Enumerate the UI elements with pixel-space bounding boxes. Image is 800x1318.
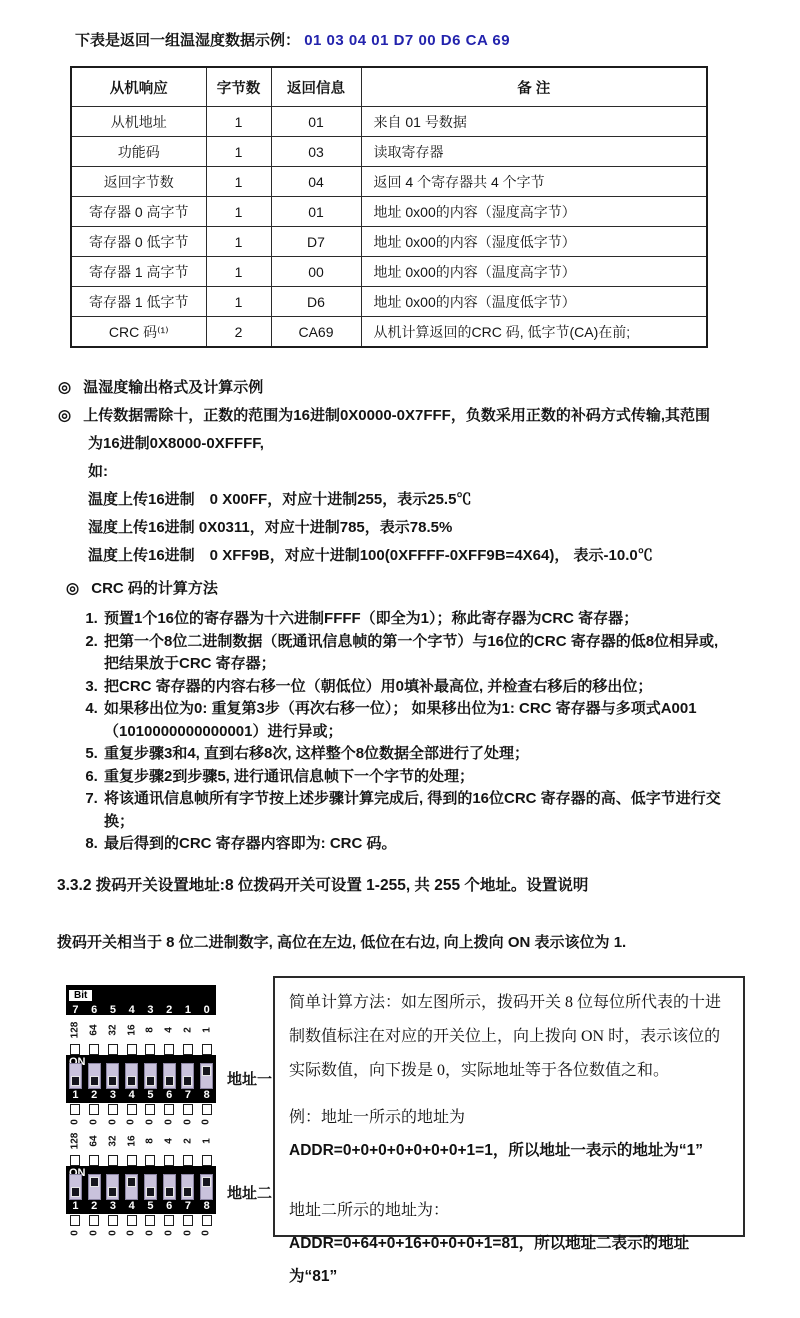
table-row: 寄存器 1 高字节100地址 0x00的内容（温度高字节） (71, 257, 707, 287)
switch-tab (89, 1155, 99, 1166)
bit-number: 6 (85, 1003, 104, 1017)
table-row: 功能码103读取寄存器 (71, 137, 707, 167)
value-cell: 1 (197, 1128, 216, 1154)
tab-cell (179, 1154, 198, 1166)
switch-number: 8 (204, 1089, 210, 1102)
table-cell: 寄存器 1 低字节 (71, 287, 206, 317)
tab-cell (66, 1043, 85, 1055)
value-cell: 2 (179, 1128, 198, 1154)
value-cell: 2 (179, 1017, 198, 1043)
value-label: 1 (201, 1027, 212, 1033)
table-cell: 1 (206, 167, 271, 197)
example2-formula: ADDR=0+64+0+16+0+0+0+1=81，所以地址二表示的地址为“81… (289, 1227, 731, 1293)
switch-number: 5 (147, 1089, 153, 1102)
tab-cell (104, 1043, 123, 1055)
switch-slot (69, 1174, 82, 1200)
table-cell: 返回 4 个寄存器共 4 个字节 (361, 167, 707, 197)
switch-tab (183, 1155, 193, 1166)
switch-knob (183, 1187, 192, 1197)
value-label: 4 (164, 1138, 175, 1144)
value-row: 1286432168421 (66, 1128, 216, 1154)
switch-tab (145, 1155, 155, 1166)
zero-label: 0 (162, 1224, 176, 1243)
format-bullet-2: ◎ 上传数据需除十，正数的范围为16进制0X0000-0X7FFF，负数采用正数… (58, 402, 758, 430)
example1-title: 例：地址一所示的地址为 (289, 1101, 731, 1134)
address-two-label: 地址二 (227, 1182, 272, 1203)
switch-knob (127, 1076, 136, 1086)
bit-number: 3 (141, 1003, 160, 1017)
switch-number: 5 (147, 1200, 153, 1213)
table-cell: 地址 0x00的内容（湿度低字节） (361, 227, 707, 257)
crc-step: 预置1个16位的寄存器为十六进制FFFF（即全为1）；称此寄存器为CRC 寄存器… (102, 608, 730, 631)
table-cell: 寄存器 0 高字节 (71, 197, 206, 227)
tab-row (66, 1043, 216, 1055)
switch-number: 2 (91, 1089, 97, 1102)
value-label: 4 (164, 1027, 175, 1033)
table-cell: D7 (271, 227, 361, 257)
format-section: ◎ 温湿度输出格式及计算示例 ◎ 上传数据需除十，正数的范围为16进制0X000… (58, 374, 758, 570)
value-label: 32 (107, 1024, 118, 1035)
format-bullet-1: ◎ 温湿度输出格式及计算示例 (58, 374, 758, 402)
table-cell: 01 (271, 197, 361, 227)
switch-number: 2 (91, 1200, 97, 1213)
table-header: 返回信息 (271, 67, 361, 107)
switch-tab (145, 1044, 155, 1055)
switch-slot (200, 1174, 213, 1200)
format-example: 湿度上传16进制 0X0311，对应十进制785，表示78.5% (88, 514, 758, 542)
switch-tab (202, 1155, 212, 1166)
section-332-heading: 3.3.2 拨码开关设置地址:8 位拨码开关可设置 1-255, 共 255 个… (57, 873, 588, 895)
value-label: 2 (182, 1027, 193, 1033)
switch-slot (125, 1063, 138, 1089)
switch-number: 6 (166, 1200, 172, 1213)
tab-cell (122, 1043, 141, 1055)
value-label: 8 (145, 1027, 156, 1033)
switch-slot (200, 1063, 213, 1089)
info-box: 简单计算方法：如左图所示，拨码开关 8 位每位所代表的十进制数值标注在对应的开关… (273, 976, 745, 1237)
switch-knob (108, 1076, 117, 1086)
tab-cell (197, 1154, 216, 1166)
response-table-body: 从机地址101来自 01 号数据功能码103读取寄存器返回字节数104返回 4 … (71, 107, 707, 348)
switch-number: 4 (129, 1089, 135, 1102)
switch-column: 6 (160, 1063, 179, 1103)
switch-knob (71, 1076, 80, 1086)
table-cell: 1 (206, 257, 271, 287)
switch-slot (106, 1063, 119, 1089)
switch-knob (165, 1076, 174, 1086)
zero-label: 0 (125, 1224, 139, 1243)
bit-numbers: 76543210 (66, 1003, 216, 1017)
switch-slot (88, 1174, 101, 1200)
hex-string: 01 03 04 01 D7 00 D6 CA 69 (304, 32, 510, 49)
circle-bullet-icon: ◎ (58, 374, 71, 402)
switch-knob (71, 1187, 80, 1197)
table-cell: 1 (206, 197, 271, 227)
switch-column: 4 (122, 1063, 141, 1103)
switch-tab (70, 1155, 80, 1166)
switch-slot (181, 1063, 194, 1089)
switch-knob (90, 1076, 99, 1086)
switch-tab (70, 1044, 80, 1055)
table-cell: 地址 0x00的内容（湿度高字节） (361, 197, 707, 227)
table-cell: 2 (206, 317, 271, 348)
switch-knob (90, 1177, 99, 1187)
value-label: 128 (70, 1133, 81, 1150)
switch-column: 7 (179, 1174, 198, 1214)
tab-row (66, 1154, 216, 1166)
dip-body: ON12345678 (66, 1166, 216, 1214)
info-box-paragraph: 简单计算方法：如左图所示，拨码开关 8 位每位所代表的十进制数值标注在对应的开关… (289, 986, 731, 1088)
table-cell: 01 (271, 107, 361, 137)
switch-slot (88, 1063, 101, 1089)
value-label: 128 (70, 1022, 81, 1039)
value-cell: 64 (85, 1128, 104, 1154)
zero-label: 0 (200, 1224, 214, 1243)
value-cell: 16 (122, 1017, 141, 1043)
switch-tab (127, 1155, 137, 1166)
table-cell: CA69 (271, 317, 361, 348)
table-header: 从机响应 (71, 67, 206, 107)
table-row: 寄存器 0 高字节101地址 0x00的内容（湿度高字节） (71, 197, 707, 227)
response-table: 从机响应 字节数 返回信息 备 注 从机地址101来自 01 号数据功能码103… (70, 66, 708, 348)
format-bullet-2-wrap: 为16进制0X8000-0XFFFF, (88, 430, 758, 458)
crc-step: 把第一个8位二进制数据（既通讯信息帧的第一个字节）与16位的CRC 寄存器的低8… (102, 631, 730, 676)
value-label: 1 (201, 1138, 212, 1144)
bit-label: Bit (69, 990, 92, 1001)
table-cell: 返回字节数 (71, 167, 206, 197)
table-cell: 功能码 (71, 137, 206, 167)
table-cell: 读取寄存器 (361, 137, 707, 167)
switch-slot (144, 1063, 157, 1089)
tab-cell (141, 1043, 160, 1055)
table-cell: 寄存器 1 高字节 (71, 257, 206, 287)
switch-number: 1 (72, 1089, 78, 1102)
dip-switch-two: 1286432168421ON1234567800000000 (66, 1128, 216, 1240)
value-label: 32 (107, 1135, 118, 1146)
value-cell: 4 (160, 1017, 179, 1043)
table-row: 寄存器 0 低字节1D7地址 0x00的内容（湿度低字节） (71, 227, 707, 257)
table-row: 寄存器 1 低字节1D6地址 0x00的内容（温度低字节） (71, 287, 707, 317)
table-row: CRC 码⁽¹⁾2CA69从机计算返回的CRC 码, 低字节(CA)在前; (71, 317, 707, 348)
dip-body: ON12345678 (66, 1055, 216, 1103)
tab-cell (85, 1154, 104, 1166)
switch-column: 8 (197, 1174, 216, 1214)
intro-line: 下表是返回一组温湿度数据示例： 01 03 04 01 D7 00 D6 CA … (75, 29, 510, 50)
table-cell: 1 (206, 227, 271, 257)
switch-knob (146, 1076, 155, 1086)
switch-column: 4 (122, 1174, 141, 1214)
switch-slot (181, 1174, 194, 1200)
table-cell: 04 (271, 167, 361, 197)
value-row: 1286432168421 (66, 1017, 216, 1043)
switch-number: 6 (166, 1089, 172, 1102)
switch-knob (165, 1187, 174, 1197)
value-label: 16 (126, 1135, 137, 1146)
table-cell: CRC 码⁽¹⁾ (71, 317, 206, 348)
crc-step: 最后得到的CRC 寄存器内容即为: CRC 码。 (102, 833, 730, 856)
switch-slot (69, 1063, 82, 1089)
table-cell: 来自 01 号数据 (361, 107, 707, 137)
table-cell: 地址 0x00的内容（温度低字节） (361, 287, 707, 317)
crc-section: ◎ CRC 码的计算方法 预置1个16位的寄存器为十六进制FFFF（即全为1）；… (66, 577, 730, 856)
switch-number: 7 (185, 1200, 191, 1213)
tab-cell (66, 1154, 85, 1166)
table-cell: 地址 0x00的内容（温度高字节） (361, 257, 707, 287)
table-row: 从机地址101来自 01 号数据 (71, 107, 707, 137)
section-332-paragraph: 拨码开关相当于 8 位二进制数字, 高位在左边, 低位在右边, 向上拨向 ON … (57, 931, 626, 952)
zero-row: 00000000 (66, 1115, 216, 1129)
page: 下表是返回一组温湿度数据示例： 01 03 04 01 D7 00 D6 CA … (0, 0, 800, 1318)
value-label: 64 (89, 1135, 100, 1146)
switch-column: 3 (104, 1063, 123, 1103)
circle-bullet-icon: ◎ (66, 577, 79, 601)
switch-column: 1 (66, 1174, 85, 1214)
table-cell: D6 (271, 287, 361, 317)
switch-tab (89, 1044, 99, 1055)
zero-label: 0 (106, 1224, 120, 1243)
switch-tab (108, 1044, 118, 1055)
switch-slot (163, 1174, 176, 1200)
switch-column: 7 (179, 1063, 198, 1103)
table-cell: 寄存器 0 低字节 (71, 227, 206, 257)
value-label: 2 (182, 1138, 193, 1144)
value-label: 16 (126, 1024, 137, 1035)
table-header: 备 注 (361, 67, 707, 107)
switch-column: 2 (85, 1063, 104, 1103)
table-header-row: 从机响应 字节数 返回信息 备 注 (71, 67, 707, 107)
value-cell: 64 (85, 1017, 104, 1043)
switch-knob (127, 1177, 136, 1187)
value-cell: 4 (160, 1128, 179, 1154)
zero-label: 0 (87, 1224, 101, 1243)
crc-step: 重复步骤2到步骤5, 进行通讯信息帧下一个字节的处理； (102, 766, 730, 789)
tab-cell (179, 1043, 198, 1055)
value-cell: 32 (104, 1017, 123, 1043)
switch-knob (183, 1076, 192, 1086)
switch-number: 8 (204, 1200, 210, 1213)
switch-tab (183, 1044, 193, 1055)
dip-switch-one: Bit765432101286432168421ON12345678000000… (66, 985, 216, 1129)
crc-step: 把CRC 寄存器的内容右移一位（朝低位）用0填补最高位, 并检查右移后的移出位； (102, 676, 730, 699)
table-row: 返回字节数104返回 4 个寄存器共 4 个字节 (71, 167, 707, 197)
format-such-as: 如: (88, 458, 758, 486)
format-example: 温度上传16进制 0 X00FF，对应十进制255，表示25.5℃ (88, 486, 758, 514)
switch-number: 4 (129, 1200, 135, 1213)
switch-column: 3 (104, 1174, 123, 1214)
bit-number: 1 (179, 1003, 198, 1017)
example2-title: 地址二所示的地址为： (289, 1194, 731, 1227)
value-cell: 32 (104, 1128, 123, 1154)
value-label: 8 (145, 1138, 156, 1144)
tab-cell (160, 1043, 179, 1055)
value-cell: 1 (197, 1017, 216, 1043)
circle-bullet-icon: ◎ (58, 402, 71, 430)
table-cell: 从机计算返回的CRC 码, 低字节(CA)在前; (361, 317, 707, 348)
table-cell: 1 (206, 107, 271, 137)
tab-cell (85, 1043, 104, 1055)
switch-column: 5 (141, 1063, 160, 1103)
switch-tab (164, 1155, 174, 1166)
table-cell: 从机地址 (71, 107, 206, 137)
value-cell: 8 (141, 1017, 160, 1043)
zero-label: 0 (68, 1224, 82, 1243)
switch-tab (164, 1044, 174, 1055)
crc-section-title: ◎ CRC 码的计算方法 (66, 577, 730, 601)
value-cell: 128 (66, 1128, 85, 1154)
tab-cell (104, 1154, 123, 1166)
switch-slot (163, 1063, 176, 1089)
switch-number: 7 (185, 1089, 191, 1102)
switch-number: 3 (110, 1200, 116, 1213)
table-header: 字节数 (206, 67, 271, 107)
switch-tab (127, 1044, 137, 1055)
switch-column: 2 (85, 1174, 104, 1214)
tab-cell (122, 1154, 141, 1166)
value-cell: 128 (66, 1017, 85, 1043)
table-cell: 1 (206, 287, 271, 317)
crc-steps-list: 预置1个16位的寄存器为十六进制FFFF（即全为1）；称此寄存器为CRC 寄存器… (66, 608, 730, 856)
table-cell: 00 (271, 257, 361, 287)
crc-step: 重复步骤3和4, 直到右移8次, 这样整个8位数据全部进行了处理； (102, 743, 730, 766)
tab-cell (141, 1154, 160, 1166)
switch-slot (125, 1174, 138, 1200)
switch-knob (108, 1187, 117, 1197)
switch-slot (144, 1174, 157, 1200)
tab-cell (197, 1043, 216, 1055)
value-cell: 8 (141, 1128, 160, 1154)
table-cell: 03 (271, 137, 361, 167)
switch-knob (202, 1066, 211, 1076)
zero-label: 0 (181, 1224, 195, 1243)
switch-number: 1 (72, 1200, 78, 1213)
switch-knob (146, 1187, 155, 1197)
intro-text: 下表是返回一组温湿度数据示例： (75, 32, 300, 49)
switch-number: 3 (110, 1089, 116, 1102)
address-one-label: 地址一 (227, 1068, 272, 1089)
value-cell: 16 (122, 1128, 141, 1154)
switch-column: 1 (66, 1063, 85, 1103)
bit-number: 5 (104, 1003, 123, 1017)
value-label: 64 (89, 1024, 100, 1035)
bit-bar: Bit76543210 (66, 985, 216, 1015)
zero-row: 00000000 (66, 1226, 216, 1240)
crc-step: 如果移出位为0: 重复第3步（再次右移一位）； 如果移出位为1: CRC 寄存器… (102, 698, 730, 743)
bit-number: 2 (160, 1003, 179, 1017)
bit-number: 0 (197, 1003, 216, 1017)
bit-number: 4 (122, 1003, 141, 1017)
format-example: 温度上传16进制 0 XFF9B，对应十进制100(0XFFFF-0XFF9B=… (88, 542, 758, 570)
switch-column: 5 (141, 1174, 160, 1214)
crc-step: 将该通讯信息帧所有字节按上述步骤计算完成后, 得到的16位CRC 寄存器的高、低… (102, 788, 730, 833)
switch-tab (202, 1044, 212, 1055)
table-cell: 1 (206, 137, 271, 167)
example1-formula: ADDR=0+0+0+0+0+0+0+1=1，所以地址一表示的地址为“1” (289, 1134, 731, 1167)
switch-knob (202, 1177, 211, 1187)
switch-column: 6 (160, 1174, 179, 1214)
switch-slot (106, 1174, 119, 1200)
tab-cell (160, 1154, 179, 1166)
zero-label: 0 (143, 1224, 157, 1243)
bit-number: 7 (66, 1003, 85, 1017)
switch-tab (108, 1155, 118, 1166)
switch-column: 8 (197, 1063, 216, 1103)
